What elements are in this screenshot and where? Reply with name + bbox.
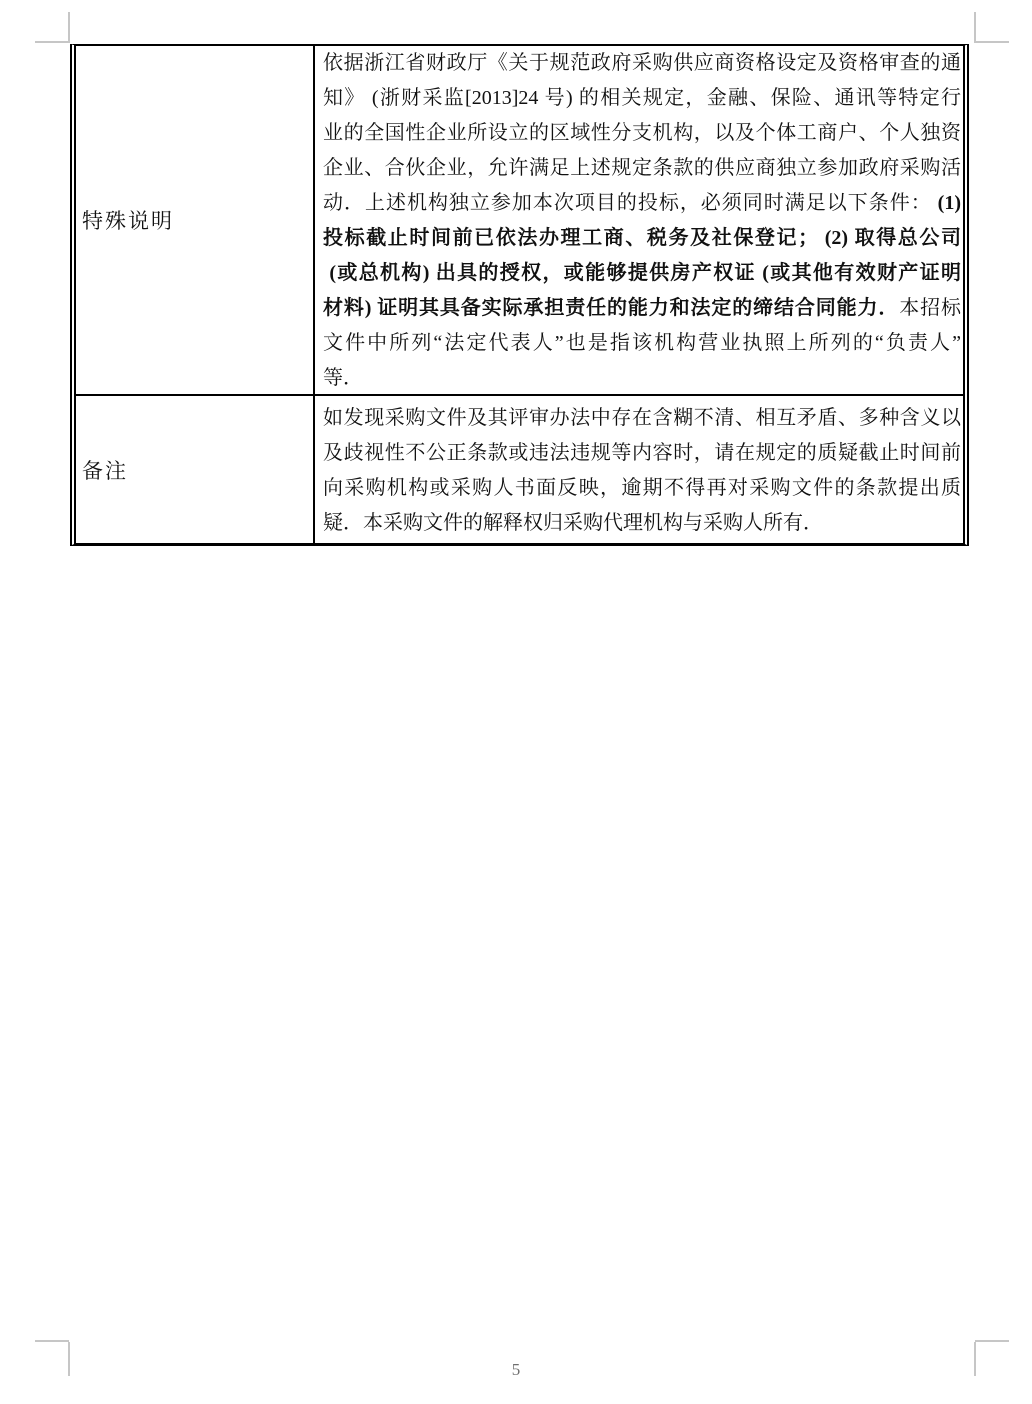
text-line: 材料) 证明其具备实际承担责任的能力和法定的缔结合同能力．本招标 — [323, 291, 961, 326]
cell-paragraph-remarks: 如发现采购文件及其评审办法中存在含糊不清、相互矛盾、多种含义以及歧视性不公正条款… — [315, 396, 963, 543]
crop-mark-top-right-horizontal — [975, 41, 1009, 43]
text-line: 文件中所列“法定代表人”也是指该机构营业执照上所列的“负责人” — [323, 326, 961, 361]
row-label-special-instructions: 特殊说明 — [82, 205, 174, 235]
text-line: 知》 (浙财采监[2013]24 号) 的相关规定，金融、保险、通讯等特定行 — [323, 81, 961, 116]
table-row-special-instructions: 特殊说明 依据浙江省财政厅《关于规范政府采购供应商资格设定及资格审查的通知》 (… — [76, 46, 963, 396]
text-line: 如发现采购文件及其评审办法中存在含糊不清、相互矛盾、多种含义以 — [323, 401, 961, 436]
row-label-cell: 特殊说明 — [76, 46, 315, 394]
page-number: 5 — [0, 1360, 1032, 1380]
text-line: 业的全国性企业所设立的区域性分支机构，以及个体工商户、个人独资 — [323, 116, 961, 151]
cell-paragraph-special-instructions: 依据浙江省财政厅《关于规范政府采购供应商资格设定及资格审查的通知》 (浙财采监[… — [315, 46, 963, 394]
crop-mark-top-left-horizontal — [35, 41, 69, 43]
text-line: 疑．本采购文件的解释权归采购代理机构与采购人所有． — [323, 506, 961, 541]
info-table: 特殊说明 依据浙江省财政厅《关于规范政府采购供应商资格设定及资格审查的通知》 (… — [70, 44, 969, 546]
text-line: (或总机构) 出具的授权，或能够提供房产权证 (或其他有效财产证明 — [323, 256, 961, 291]
crop-mark-bottom-right-horizontal — [975, 1340, 1009, 1342]
crop-mark-top-left-vertical — [68, 12, 70, 43]
text-line: 依据浙江省财政厅《关于规范政府采购供应商资格设定及资格审查的通 — [323, 46, 961, 81]
table-row-remarks: 备注 如发现采购文件及其评审办法中存在含糊不清、相互矛盾、多种含义以及歧视性不公… — [76, 396, 963, 543]
text-line: 投标截止时间前已依法办理工商、税务及社保登记； (2) 取得总公司 — [323, 221, 961, 256]
text-line: 向采购机构或采购人书面反映，逾期不得再对采购文件的条款提出质 — [323, 471, 961, 506]
text-line: 及歧视性不公正条款或违法违规等内容时，请在规定的质疑截止时间前 — [323, 436, 961, 471]
text-line: 企业、合伙企业，允许满足上述规定条款的供应商独立参加政府采购活 — [323, 151, 961, 186]
text-line: 等． — [323, 361, 961, 394]
crop-mark-bottom-left-horizontal — [35, 1340, 69, 1342]
row-label-cell: 备注 — [76, 396, 315, 543]
row-label-remarks: 备注 — [82, 455, 128, 485]
crop-mark-top-right-vertical — [974, 12, 976, 43]
text-line: 动．上述机构独立参加本次项目的投标，必须同时满足以下条件： (1) — [323, 186, 961, 221]
